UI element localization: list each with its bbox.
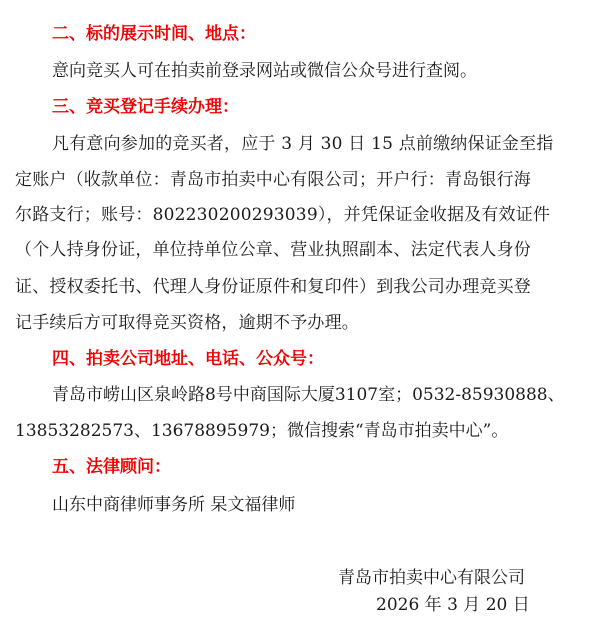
paragraph-registration-line-1: 凡有意向参加的竞买者，应于 3 月 30 日 15 点前缴纳保证金至指 — [52, 133, 600, 155]
paragraph-registration-line-5: 证、授权委托书、代理人身份证原件和复印件）到我公司办理竞买登 — [15, 276, 600, 298]
paragraph-registration-line-3: 尔路支行；账号：802230200293039），并凭保证金收据及有效证件 — [15, 204, 600, 226]
paragraph-registration-line-4: （个人持身份证，单位持单位公章、营业执照副本、法定代表人身份 — [15, 239, 600, 261]
signature-date: 2026 年 3 月 20 日 — [376, 594, 530, 616]
signature-company: 青岛市拍卖中心有限公司 — [338, 567, 525, 589]
paragraph-contact-line-1: 青岛市崂山区泉岭路8号中商国际大厦3107室；0532-85930888、 — [52, 384, 600, 406]
paragraph-display-info: 意向竞买人可在拍卖前登录网站或微信公众号进行查阅。 — [52, 60, 600, 82]
paragraph-contact-line-2: 13853282573、13678895979；微信搜索“青岛市拍卖中心”。 — [15, 420, 600, 442]
section-heading-legal-counsel: 五、法律顾问： — [52, 456, 600, 478]
section-heading-registration: 三、竞买登记手续办理： — [52, 96, 600, 118]
paragraph-legal-counsel: 山东中商律师事务所 杲文福律师 — [52, 494, 600, 516]
section-heading-contact: 四、拍卖公司地址、电话、公众号： — [52, 348, 600, 370]
section-heading-display-time: 二、标的展示时间、地点： — [52, 23, 600, 45]
paragraph-registration-line-2: 定账户（收款单位：青岛市拍卖中心有限公司；开户行：青岛银行海 — [15, 169, 600, 191]
paragraph-registration-line-6: 记手续后方可取得竞买资格，逾期不予办理。 — [15, 312, 600, 334]
